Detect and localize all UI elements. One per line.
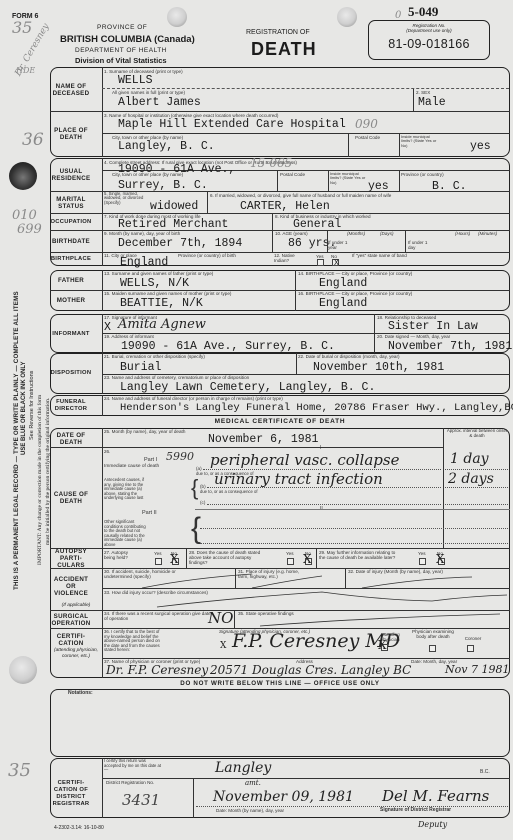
divider [443,428,444,548]
label: Coroner [458,636,488,641]
pencil-note: 010 [12,208,37,223]
divider [102,67,103,157]
label: Part I [144,458,157,463]
section-funeral: FUNERAL DIRECTOR [50,396,92,415]
label: 27. Autopsy being held? [104,550,134,560]
label: 23. Name and address of cemetery, cremat… [104,375,249,380]
occupation-value: Retired Merchant [118,219,228,231]
label: (Months) [347,231,365,236]
office-use-heading: DO NOT WRITE BELOW THIS LINE — OFFICE US… [50,680,510,687]
cemetery-value: Langley Lawn Cemetery, Langley, B. C. [120,382,375,394]
divider [50,447,443,448]
section-name: NAME OF DECEASED [50,72,92,108]
label: If under 1 year [328,240,350,250]
findings-yes-checkbox[interactable] [287,558,294,565]
section-marital: MARITAL STATUS [50,192,92,213]
punch-hole [9,656,37,684]
father-value: WELLS, N/K [120,278,189,290]
label: 14. BIRTHPLACE — City or place, Province… [298,271,412,276]
label: Province (or country) [401,172,444,177]
label: 12. Native Indian? [274,253,298,263]
death-date-value: November 6, 1981 [208,434,318,446]
section-mother: MOTHER [50,291,92,310]
registration-of: REGISTRATION OF [246,29,310,36]
section-autopsy: AUTOPSY PARTI- CULARS [50,549,92,568]
label: 20. Date signed — Month, day, year [377,334,450,339]
divider [102,88,509,89]
given-names-value: Albert James [118,97,201,109]
funeral-director-value: Henderson's Langley Funeral Home, 20786 … [120,402,513,414]
divider [102,778,510,779]
interval-a-value: 1 day [450,451,489,467]
autopsy-yes-checkbox[interactable] [155,558,162,565]
label: 21. Burial, cremation or other dispositi… [104,354,205,359]
autopsy-no-mark: X [170,552,179,566]
label: 25. Month (by name), day, year of death [104,429,185,434]
section-certification: CERTIFI- CATION [50,632,92,648]
label: 15. Maiden surname and given names of mo… [104,291,231,296]
label: Yes [418,551,426,556]
label: Inside municipal limits? (State Yes or N… [330,172,370,185]
dotted-line [200,528,508,529]
divider [195,509,510,510]
dotted-line [200,543,508,544]
label: Province (or country) of birth [178,253,236,258]
stamp-number: 5-049 [408,4,438,20]
divider [102,395,103,416]
physician-date-value: Nov 7 1981 [445,663,509,676]
label: (Minutes) [478,231,497,236]
label: (Days) [380,231,394,236]
strike-through-marks [240,612,510,628]
label: I certify this return was accepted by me… [104,759,164,773]
cause-b-value: urinary tract infection [214,470,383,488]
brace: { [191,514,201,544]
birthplace-value: England [120,257,168,269]
label: 36. I certify that to the best of my kno… [104,630,166,653]
section-birthplace: BIRTHPLACE [50,253,92,266]
coroner-checkbox[interactable] [467,645,474,652]
certification-sublabel: (attending physician, coroner, etc.) [52,648,100,660]
relationship-value: Sister In Law [388,321,478,333]
informant-address-value: 19090 - 61A Ave., Surrey, B. C. [121,341,335,353]
brace: { [191,476,198,500]
district-reg-no-value: 3431 [122,791,160,809]
signature-x-mark: X [104,322,111,334]
operation-value: NO [208,609,233,627]
mother-value: BEATTIE, N/K [120,298,203,310]
physician-address-value: 20571 Douglas Cres. Langley BC [210,663,411,677]
label: 10. AGE (years) [275,231,308,236]
divider [102,133,510,134]
label: 19. Address of informant [104,334,154,339]
native-no-mark: X [334,258,339,270]
divider [50,111,510,112]
pencil-note: 699 [17,222,42,237]
label: Yes [154,551,162,556]
dotted-line [196,806,508,807]
dotted-line [445,504,508,505]
label: Immediate cause of death [104,464,159,469]
section-father: FATHER [50,271,92,290]
label: 24. Name and address of funeral director… [104,396,283,401]
divider [277,170,278,191]
label: Date: Month (by name), day, year [216,808,284,813]
divider [405,230,406,252]
label: Notations: [68,691,93,696]
section-disposition: DISPOSITION [50,355,92,392]
divider [399,170,400,191]
physician-name-value: Dr. F.P. Ceresney [106,663,208,677]
divider [50,548,510,549]
disposition-value: Burial [120,362,161,374]
surname-value: WELLS [118,75,153,87]
form-code: 4-2302-3.14: 16-10-80 [54,825,104,831]
divider [413,89,414,111]
hospital-value: Maple Hill Extended Care Hospital [118,119,346,131]
findings-no-mark: X [303,552,312,566]
attending-mark: X [378,638,387,652]
cause-code: 5990 [166,450,194,463]
label: 29. May further information relating to … [319,550,399,560]
section-place: PLACE OF DEATH [50,114,92,154]
registrar-date-note: amt. [245,779,261,787]
label: Part II [142,511,157,516]
label: Yes [286,551,294,556]
dotted-line [207,504,441,505]
father-birthplace-value: England [319,278,367,290]
divider [272,213,273,252]
section-informant: INFORMANT [50,316,92,352]
label: 34. If there was a recent surgical opera… [104,611,214,621]
department: DEPARTMENT OF HEALTH [75,47,167,54]
label: Antecedent causes, if any, giving rise t… [104,478,148,501]
label: Other significant conditions contributin… [104,520,150,548]
division: Division of Vital Statistics [75,56,167,65]
section-accident: ACCIDENT OR VIOLENCE [50,570,92,602]
divider [295,270,296,311]
label: I [320,446,321,451]
native-yes-checkbox[interactable] [317,259,324,266]
registrar-place-value: Langley [215,760,271,776]
province-name: BRITISH COLUMBIA (Canada) [60,34,195,45]
divider [102,428,103,678]
label: 5. Single, married, widowed, or divorced… [104,192,154,205]
residence-inside-limits-value: yes [368,181,389,193]
punch-hole [9,162,37,190]
section-cause: CAUSE OF DEATH [50,450,92,546]
section-surgical: SURGICAL OPERATION [50,611,92,628]
pencil-note: 090 [355,117,378,131]
deputy-note: Deputy [418,820,447,829]
pencil-note: 36 [22,130,44,150]
section-date-of-death: DATE OF DEATH [50,430,92,447]
sex-value: Male [418,97,446,109]
cause-a-value: peripheral vasc. collapse [210,451,399,469]
marital-value: widowed [150,201,198,213]
label: 26. [104,449,110,454]
date-signed-value: November 7th, 1981 [388,341,512,353]
accident-sublabel: (If applicable) [50,603,102,608]
pencil-note: 35 [8,760,31,781]
death-city-value: Langley, B. C. [118,141,215,153]
residence-province-value: B. C. [432,181,467,193]
divider [102,158,103,266]
reverse-notice: See Reverse for Instructions [29,371,35,440]
label: 2. SEX [416,90,430,95]
label: Postal Code [355,135,380,140]
divider [348,133,349,157]
document-title: DEATH [251,39,317,60]
birth-date-value: December 7th, 1894 [118,238,242,250]
death-inside-limits-value: yes [470,141,491,153]
label: B.C. [480,770,490,775]
divider [328,170,329,191]
further-info-yes-checkbox[interactable] [419,558,426,565]
pencil-note: 35 [12,18,32,37]
industry-value: General [293,219,341,231]
divider [207,191,208,213]
section-birthdate: BIRTHDATE [50,231,92,252]
divider [193,778,194,818]
label: If under 1 day [408,240,430,250]
label: due to, or as a consequence of [200,489,258,494]
divider [316,548,317,568]
registration-number-box: Registration No. (Department use only) 8… [368,20,490,60]
examining-physician-checkbox[interactable] [429,645,436,652]
dotted-line [445,469,508,470]
legal-notice: THIS IS A PERMANENT LEGAL RECORD — TYPE … [13,291,20,590]
label: 6. If married, widowed, or divorced, giv… [210,193,391,198]
notations-box [50,689,510,757]
label: (c) [200,500,205,505]
registrar-date-value: November 09, 1981 [213,789,354,805]
label: 22. Date of burial or disposition (month… [298,354,400,359]
province-of: PROVINCE OF [97,24,147,31]
divider [186,548,187,568]
label: Approx. interval between onset & death [446,429,508,438]
pencil-note: HDE [16,66,35,75]
label: 9. Month (by name), day, year of birth [104,231,180,236]
disposition-date-value: November 10th, 1981 [313,362,444,374]
label: Signature of District Registrar [380,808,451,813]
interval-b-value: 2 days [448,471,494,487]
label: Postal Code [280,172,305,177]
mother-birthplace-value: England [319,298,367,310]
registration-number: 81-09-018166 [369,37,489,51]
important-notice-1: IMPORTANT: Any change or correction made… [37,395,43,565]
punch-hole [337,7,357,27]
label: If "yes" state name of band [352,253,407,258]
further-info-no-mark: X [436,552,445,566]
spouse-value: CARTER, Helen [240,201,330,213]
label: (Hours) [455,231,470,236]
pencil-note: 15-065 [250,156,292,170]
strike-through-marks [102,568,510,610]
label: Physician examining body after death [408,629,458,639]
divider [296,353,297,374]
signature-x-mark: X [220,641,226,651]
divider [234,610,235,628]
label: Inside municipal limits? (State Yes or N… [401,135,441,148]
label: All given names in full (print or type) [112,90,185,95]
section-residence: USUAL RESIDENCE [50,160,92,190]
reg-no-sublabel: (Department use only) [369,28,489,33]
informant-signature: Amita Agnew [118,317,206,332]
medical-heading: MEDICAL CERTIFICATE OF DEATH [50,418,510,425]
section-registrar: CERTIFI- CATION OF DISTRICT REGISTRAR [50,776,92,812]
label: 28. Does the cause of death stated above… [189,550,265,565]
label: District Registration No. [106,780,154,785]
divider [102,758,103,818]
label: City, town or other place (by name) [112,172,183,177]
punch-hole [167,7,187,27]
registrar-signature: Del M. Fearns [382,787,489,805]
dotted-line [445,487,508,488]
label: 13. Surname and given names of father (p… [104,271,213,276]
section-occupation: OCCUPATION [50,214,92,230]
divider [399,133,400,157]
ink-notice: USE BLUE OR BLACK INK ONLY [21,362,27,455]
divider [374,314,375,353]
label: 16. BIRTHPLACE — City or place, Province… [298,291,412,296]
